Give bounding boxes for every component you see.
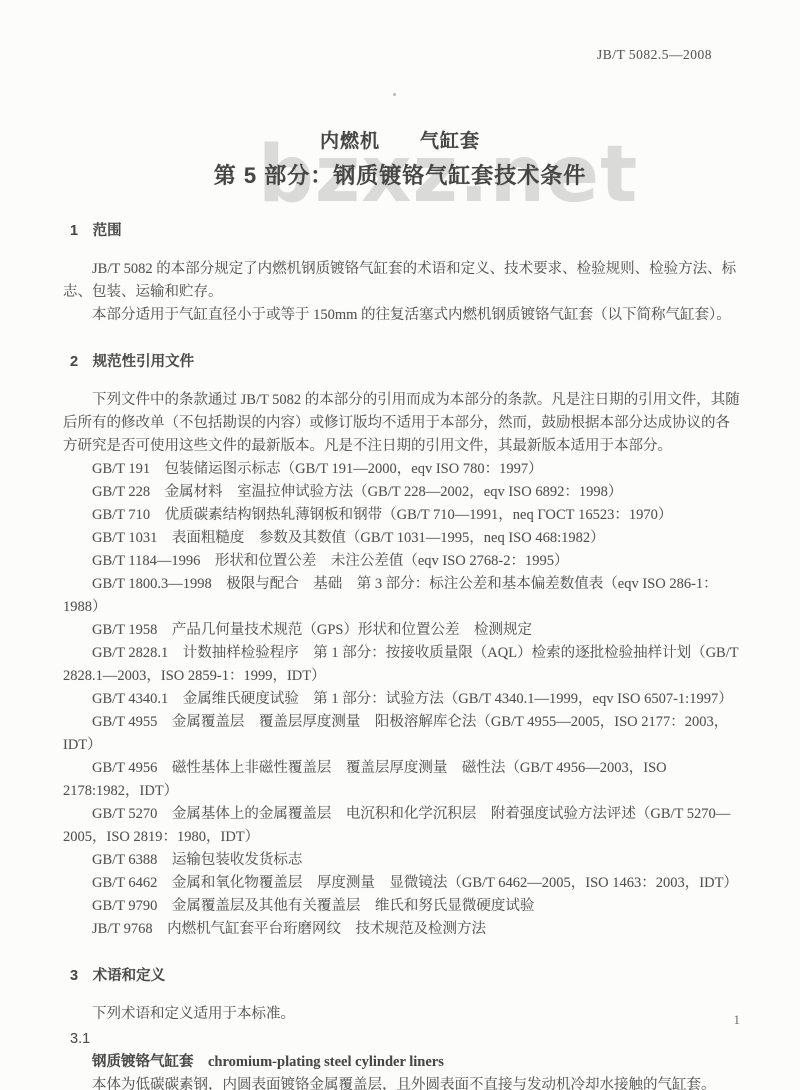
title-line-2: 第 5 部分：钢质镀铬气缸套技术条件 bbox=[0, 159, 800, 190]
reference-item: GB/T 4955 金属覆盖层 覆盖层厚度测量 阳极溶解库仑法（GB/T 495… bbox=[63, 711, 741, 757]
subclause-number: 3.1 bbox=[70, 1028, 741, 1051]
reference-item: GB/T 710 优质碳素结构钢热轧薄钢板和钢带（GB/T 710—1991，n… bbox=[63, 504, 741, 527]
reference-item: GB/T 4956 磁性基体上非磁性覆盖层 覆盖层厚度测量 磁性法（GB/T 4… bbox=[63, 757, 741, 803]
section-heading-scope: 1 范围 bbox=[70, 220, 741, 243]
reference-item: GB/T 1184—1996 形状和位置公差 未注公差值（eqv ISO 276… bbox=[63, 550, 741, 573]
standard-number-header: JB/T 5082.5—2008 bbox=[597, 47, 712, 63]
reference-item: JB/T 9768 内燃机气缸套平台珩磨网纹 技术规范及检测方法 bbox=[63, 918, 741, 941]
reference-item: GB/T 1031 表面粗糙度 参数及其数值（GB/T 1031—1995，ne… bbox=[63, 527, 741, 550]
reference-item: GB/T 9790 金属覆盖层及其他有关覆盖层 维氏和努氏显微硬度试验 bbox=[63, 895, 741, 918]
term-definition: 本体为低碳碳素钢，内圆表面镀铬金属覆盖层，且外圆表面不直接与发动机冷却水接触的气… bbox=[63, 1074, 741, 1090]
reference-item: GB/T 228 金属材料 室温拉伸试验方法（GB/T 228—2002，eqv… bbox=[63, 481, 741, 504]
term-title-line: 钢质镀铬气缸套 chromium-plating steel cylinder … bbox=[63, 1051, 741, 1074]
reference-item: GB/T 191 包装储运图示标志（GB/T 191—2000，eqv ISO … bbox=[63, 458, 741, 481]
reference-item: GB/T 5270 金属基体上的金属覆盖层 电沉积和化学沉积层 附着强度试验方法… bbox=[63, 803, 741, 849]
scope-paragraph-1: JB/T 5082 的本部分规定了内燃机钢质镀铬气缸套的术语和定义、技术要求、检… bbox=[63, 258, 741, 304]
scanned-document-page: JB/T 5082.5—2008 bzxz.net 内燃机 气缸套 第 5 部分… bbox=[0, 0, 800, 1090]
reference-item: GB/T 4340.1 金属维氏硬度试验 第 1 部分：试验方法（GB/T 43… bbox=[63, 688, 741, 711]
scan-artifact-dot bbox=[393, 93, 396, 96]
terms-intro: 下列术语和定义适用于本标准。 bbox=[63, 1003, 741, 1026]
reference-item: GB/T 6462 金属和氧化物覆盖层 厚度测量 显微镜法（GB/T 6462—… bbox=[63, 872, 741, 895]
scope-paragraph-2: 本部分适用于气缸直径小于或等于 150mm 的往复活塞式内燃机钢质镀铬气缸套（以… bbox=[63, 304, 741, 327]
section-heading-terms: 3 术语和定义 bbox=[70, 965, 741, 988]
reference-item: GB/T 6388 运输包装收发货标志 bbox=[63, 849, 741, 872]
document-body: 1 范围 JB/T 5082 的本部分规定了内燃机钢质镀铬气缸套的术语和定义、技… bbox=[63, 220, 741, 1090]
page-number: 1 bbox=[734, 1012, 741, 1028]
reference-item: GB/T 1958 产品几何量技术规范（GPS）形状和位置公差 检测规定 bbox=[63, 619, 741, 642]
reference-item: GB/T 2828.1 计数抽样检验程序 第 1 部分：按接收质量限（AQL）检… bbox=[63, 642, 741, 688]
section-heading-references: 2 规范性引用文件 bbox=[70, 351, 741, 374]
references-intro: 下列文件中的条款通过 JB/T 5082 的本部分的引用而成为本部分的条款。凡是… bbox=[63, 389, 741, 458]
term-name-chinese: 钢质镀铬气缸套 bbox=[92, 1054, 194, 1070]
title-line-1: 内燃机 气缸套 bbox=[0, 126, 800, 153]
reference-item: GB/T 1800.3—1998 极限与配合 基础 第 3 部分：标注公差和基本… bbox=[63, 573, 741, 619]
document-title: 内燃机 气缸套 第 5 部分：钢质镀铬气缸套技术条件 bbox=[0, 126, 800, 190]
term-name-english: chromium-plating steel cylinder liners bbox=[208, 1054, 444, 1070]
